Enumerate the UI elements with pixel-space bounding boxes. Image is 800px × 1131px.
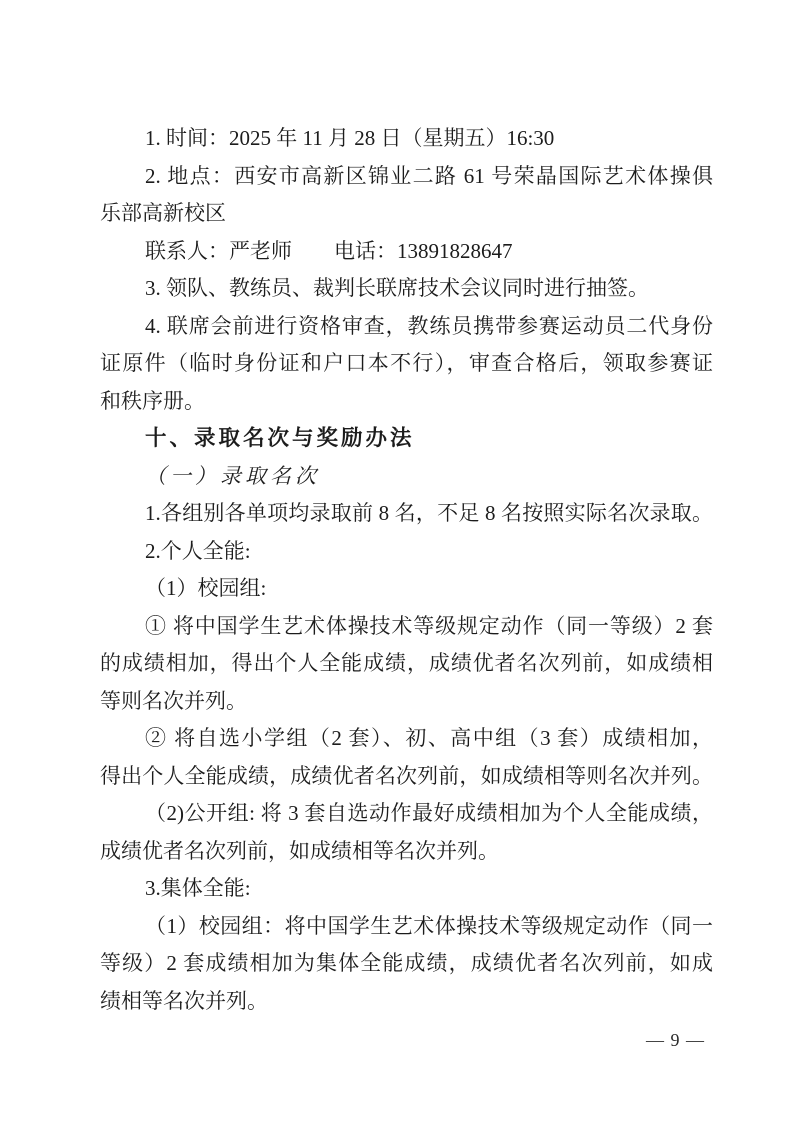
paragraph-contact: 联系人：严老师 电话：13891828647 <box>100 233 713 271</box>
doc-line: 绩相等名次并列。 <box>100 983 713 1021</box>
doc-line: 2. 地点：西安市高新区锦业二路 61 号荣晶国际艺术体操俱 <box>100 158 713 196</box>
doc-line: 成绩优者名次列前，如成绩相等名次并列。 <box>100 833 713 871</box>
page-number: — 9 — <box>646 1028 705 1052</box>
doc-line: 等则名次并列。 <box>100 683 713 721</box>
paragraph-ranking-rule-1: 1.各组别各单项均录取前 8 名，不足 8 名按照实际名次录取。 <box>100 495 713 533</box>
paragraph-campus-rule-2: ② 将自选小学组（2 套）、初、高中组（3 套）成绩相加， 得出个人全能成绩，成… <box>100 720 713 795</box>
document-page: 1. 时间：2025 年 11 月 28 日（星期五）16:30 2. 地点：西… <box>0 0 800 1131</box>
doc-line: ② 将自选小学组（2 套）、初、高中组（3 套）成绩相加， <box>100 720 713 758</box>
paragraph-team-campus-rule: （1）校园组：将中国学生艺术体操技术等级规定动作（同一 等级）2 套成绩相加为集… <box>100 908 713 1021</box>
doc-line: 乐部高新校区 <box>100 195 713 233</box>
paragraph-meeting-location: 2. 地点：西安市高新区锦业二路 61 号荣晶国际艺术体操俱 乐部高新校区 <box>100 158 713 233</box>
paragraph-campus-rule-1: ① 将中国学生艺术体操技术等级规定动作（同一等级）2 套 的成绩相加，得出个人全… <box>100 608 713 721</box>
paragraph-meeting-time: 1. 时间：2025 年 11 月 28 日（星期五）16:30 <box>100 120 713 158</box>
doc-line: （1）校园组: <box>100 570 713 608</box>
doc-line: 1.各组别各单项均录取前 8 名，不足 8 名按照实际名次录取。 <box>100 495 713 533</box>
doc-line: 得出个人全能成绩，成绩优者名次列前，如成绩相等则名次并列。 <box>100 758 713 796</box>
doc-line: 的成绩相加，得出个人全能成绩，成绩优者名次列前，如成绩相 <box>100 645 713 683</box>
doc-line: ① 将中国学生艺术体操技术等级规定动作（同一等级）2 套 <box>100 608 713 646</box>
doc-line: （1）校园组：将中国学生艺术体操技术等级规定动作（同一 <box>100 908 713 946</box>
doc-line: 等级）2 套成绩相加为集体全能成绩，成绩优者名次列前，如成 <box>100 945 713 983</box>
doc-line: 4. 联席会前进行资格审查，教练员携带参赛运动员二代身份 <box>100 308 713 346</box>
section-heading-text: 十、录取名次与奖励办法 <box>100 420 713 458</box>
subsection-heading: （一）录取名次 <box>100 458 713 496</box>
paragraph-meeting-item-4: 4. 联席会前进行资格审查，教练员携带参赛运动员二代身份 证原件（临时身份证和户… <box>100 308 713 421</box>
doc-line: 1. 时间：2025 年 11 月 28 日（星期五）16:30 <box>100 120 713 158</box>
paragraph-meeting-item-3: 3. 领队、教练员、裁判长联席技术会议同时进行抽签。 <box>100 270 713 308</box>
doc-line: 2.个人全能: <box>100 533 713 571</box>
doc-line: 证原件（临时身份证和户口本不行），审查合格后，领取参赛证 <box>100 345 713 383</box>
paragraph-open-group-rule: （2)公开组: 将 3 套自选动作最好成绩相加为个人全能成绩， 成绩优者名次列前… <box>100 795 713 870</box>
doc-line: 联系人：严老师 电话：13891828647 <box>100 233 713 271</box>
section-heading: 十、录取名次与奖励办法 <box>100 420 713 458</box>
doc-line: 3. 领队、教练员、裁判长联席技术会议同时进行抽签。 <box>100 270 713 308</box>
document-body: 1. 时间：2025 年 11 月 28 日（星期五）16:30 2. 地点：西… <box>100 120 713 1020</box>
paragraph-individual-allround: 2.个人全能: <box>100 533 713 571</box>
paragraph-campus-group-label: （1）校园组: <box>100 570 713 608</box>
doc-line: 3.集体全能: <box>100 870 713 908</box>
doc-line: 和秩序册。 <box>100 383 713 421</box>
doc-line: （2)公开组: 将 3 套自选动作最好成绩相加为个人全能成绩， <box>100 795 713 833</box>
paragraph-team-allround-label: 3.集体全能: <box>100 870 713 908</box>
subsection-heading-text: （一）录取名次 <box>100 458 713 496</box>
